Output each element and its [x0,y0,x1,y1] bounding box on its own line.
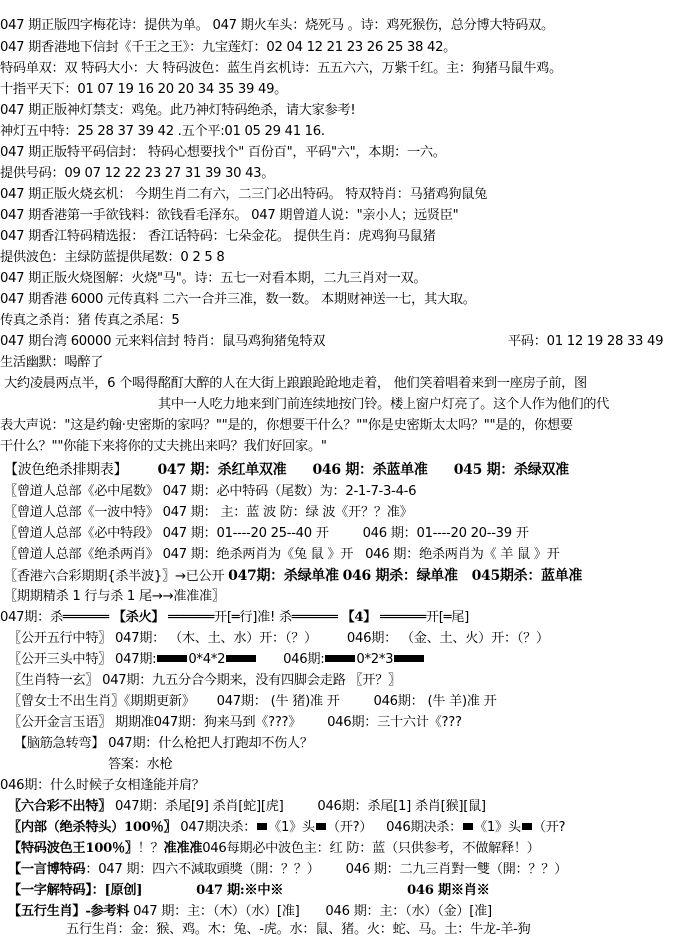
zeng-weishu-row: 〖曾道人总部《必中尾数》 047 期：必中特码（尾数）为：2-1-7-3-4-6 [4,484,416,500]
zeng-liangxiao-row: 〖曾道人总部《绝杀两肖》 047 期：绝杀两肖为《兔 鼠 》开 046 期：绝杀… [4,547,560,563]
neibu-row: 〖内部（绝杀特头）100％〗 047期决杀：《1》头（开?） 046期决杀：《1… [8,820,565,836]
block-bar [463,823,473,832]
text-line: 047 期正版特平码信封： 特码心想要找个" 百份百"，平码"六"，本期：一六。 [0,145,446,161]
neibu-label: 〖内部（绝杀特头）100％〗 [8,820,176,835]
hk-banbo-row: 〖香港六合彩期期{杀半波}〗→已公开 047期：杀绿单准 046 期杀：绿单准 … [4,568,582,585]
block-bar [226,655,256,664]
jinyan-046: 046期：三十六计《??? [327,715,462,730]
yizi-046: 046 期※肖※ [407,883,489,898]
zeng-liangxiao-label: 〖曾道人总部《绝杀两肖》 [4,547,159,562]
zeng-weishu-text: 047 期：必中特码（尾数）为：2-1-7-3-4-6 [163,484,417,499]
wuxing-zhongte-047: 047期： （木、土、水）开：（？） [115,631,317,646]
neibu-047-suffix: （开?） [327,820,372,835]
zeng-yibo-text: 047 期： 主：蓝 波 防：绿 波《开？？准》 [163,505,413,520]
yizi-row: 【一字解特码】：[原创] 047 期:※中※ 046 期※肖※ [8,883,490,899]
text-line: 其中一人吃力地来到门前连续地按门铃。楼上窗户灯亮了。这个人作为他们的代 [158,397,609,413]
santou-047-value: 0*4*2 [188,652,225,667]
zeng-teduan-label: 〖曾道人总部《必中特段》 [4,526,159,541]
neibu-046-suffix: （开? [533,820,565,835]
jingsha-label: 〖期期精杀 1 行与杀 1 尾→→准准准〗 [4,589,225,604]
neibu-046-prefix: 046期决杀： [386,820,462,835]
text-line: 047 期正版火烧玄机： 今期生肖二有六，二三门必出特码。 特双特肖：马猪鸡狗鼠… [0,187,487,203]
sha-prefix: 047期：杀══════ [0,610,109,625]
text-line: 提供号码：09 07 12 22 23 27 31 39 30 43。 [0,166,274,182]
text-line: 十指平天下：01 07 19 16 20 20 34 35 39 49。 [0,82,287,98]
wuxing-zhongte-row: 〖公开五行中特〗 047期： （木、土、水）开：（？） 046期： （金、土、火… [8,631,549,647]
sha-suffix: ══════开[═尾] [380,610,469,625]
bose-wang-row: 【特码波色王100％〗！？准准准046每期必中波色主：红 防：蓝（只供参考，不做… [8,841,540,857]
bose-wang-label: 【特码波色王100％〗 [8,841,138,856]
jingsha-row: 〖期期精杀 1 行与杀 1 尾→→准准准〗 [4,589,225,605]
wuxing-shengxiao-legend: 五行生肖：金：猴、鸡。木：兔、-虎。水：鼠、猪。火：蛇、马。土：牛龙-羊-狗 [66,922,530,938]
buchute-row: 〖六合彩不出特〗 047期：杀尾[9] 杀肖[蛇][虎] 046期：杀尾[1] … [8,799,486,815]
santou-label: 〖公开三头中特〗 [8,652,111,667]
block-bar [325,655,355,664]
yiyan-046: 046 期：二九三肖對一雙（開：？？） [346,862,567,877]
wuxing-shengxiao-tag: -参考料 [85,904,129,919]
sha-mid: ══════开[═行]准! 杀══════ [168,610,337,625]
wuxing-shengxiao-row: 【五行生肖】-参考料 047 期：主：（木）（水）[准] 046 期：主：（水）… [8,904,492,920]
santou-row: 〖公开三头中特〗 047期:0*4*2 046期:0*2*3 [8,652,425,668]
text-line: 平码：01 12 19 28 33 49 [508,334,663,350]
buchute-047: 047期：杀尾[9] 杀肖[蛇][虎] [115,799,283,814]
neibu-047-prefix: 047期决杀： [180,820,256,835]
wuxing-zhongte-046: 046期： （金、土、火）开：（？） [347,631,549,646]
bose-045: 045 期：杀绿双准 [454,462,569,478]
sha-row: 047期：杀══════ 【杀火】 ══════开[═行]准! 杀══════ … [0,610,469,626]
text-line: 大约凌晨两点半，6 个喝得酩酊大醉的人在大街上踉踉跄跄地走着， 他们笑着唱着来到… [4,376,587,392]
yiyan-row: 【一言博特码：047 期：四六不減取頭獎（開：？？） 046 期：二九三肖對一雙… [8,862,567,878]
jinyan-047: 期期准047期：狗来马到《???》 [115,715,301,730]
shengxiao-yixuan-row: 〖生肖特一玄〗 047期：九五分合今期来，没有四脚会走路 〖开？〗 [8,673,401,689]
zeng-nvshi-row: 〖曾女士不出生肖〗《期期更新》 047期： (牛 猪)准 开 046期： (牛 … [8,694,496,710]
neibu-046-mid: 《1》头 [474,820,521,835]
zeng-weishu-label: 〖曾道人总部《必中尾数》 [4,484,159,499]
bose-wang-text: 046每期必中波色主：红 防：蓝（只供参考，不做解释！） [202,841,539,856]
zeng-nvshi-047: 047期： (牛 猪)准 开 [217,694,340,709]
text-line: 047 期香港第一手欲钱料：欲钱看毛泽东。 047 期曾道人说："亲小人；远贤臣… [0,208,458,224]
yiyan-047: ：047 期：四六不減取頭獎（開：？？） [85,862,319,877]
santou-046-prefix: 046期: [283,652,324,667]
yizi-047: 047 期:※中※ [196,883,283,898]
block-bar [257,823,267,832]
zeng-yibo-row: 〖曾道人总部《一波中特》 047 期： 主：蓝 波 防：绿 波《开？？准》 [4,505,413,521]
block-bar [394,655,424,664]
text-line: 047 期香江特码精选报： 香江话特码：七朵金花。 提供生肖：虎鸡狗马鼠猪 [0,229,435,245]
text-line: 干什么？""你能下来将你的丈夫挑出来吗？我们好回家。" [0,439,327,455]
bose-047: 047 期：杀红单双准 [157,462,286,478]
zeng-teduan-046: 046 期：01----20 20--39 开 [363,526,529,541]
text-line: 表大声说："这是约翰·史密斯的家吗？""是的，你想要干什么？""你是史密斯太太吗… [0,418,573,434]
text-line: 047 期台湾 60000 元来料信封 特肖：鼠马鸡狗猪兔特双 [0,334,325,350]
naojin-q046: 046期：什么时候子女相逢能并肩？ [0,778,205,794]
jinyan-label: 〖公开金言玉语〗 [8,715,111,730]
zeng-nvshi-label: 〖曾女士不出生肖〗《期期更新》 [8,694,195,709]
wuxing-shengxiao-label: 【五行生肖】 [8,904,85,919]
hk-banbo-label: 〖香港六合彩期期{杀半波}〗→已公开 [4,569,224,584]
text-line: 神灯五中特：25 28 37 39 42 .五个平:01 05 29 41 16… [0,124,325,140]
bose-table-row: 【波色绝杀排期表】 047 期：杀红单双准 046 期：杀蓝单准 045 期：杀… [4,462,569,478]
text-line: 047 期香港 6000 元传真料 二六一合并三准，数一数。 本期财神送一七，其… [0,292,476,308]
santou-047-prefix: 047期: [115,652,156,667]
yizi-tag: ：[原创] [92,883,143,898]
block-bar [316,823,326,832]
sha-tag-4: 【4】 [342,610,377,625]
zeng-liangxiao-046: 046 期：绝杀两肖为《 羊 鼠 》开 [365,547,560,562]
zeng-nvshi-046: 046期： (牛 羊)准 开 [374,694,497,709]
bose-wang-mark: ！？ [138,841,164,856]
zeng-teduan-row: 〖曾道人总部《必中特段》 047 期：01----20 25--40 开 046… [4,526,529,542]
shengxiao-yixuan-text: 047期：九五分合今期来，没有四脚会走路 〖开？〗 [102,673,401,688]
santou-046-value: 0*2*3 [356,652,393,667]
text-line: 提供波色：主绿防蓝提供尾数：0 2 5 8 [0,250,224,266]
yiyan-label: 【一言博特码 [8,862,85,877]
text-line: 生活幽默：喝醉了 [0,355,103,371]
text-line: 047 期正版火烧图解：火烧"马"。诗：五七一对看本期，二九三肖对一双。 [0,271,426,287]
wuxing-zhongte-label: 〖公开五行中特〗 [8,631,111,646]
block-bar [522,823,532,832]
hk-banbo-046: 046 期杀：绿单准 [343,568,458,584]
naojin-row: 【脑筋急转弯】 047期：什么枪把人打跑却不伤人？ [14,736,313,752]
neibu-047-mid: 《1》头 [268,820,315,835]
zeng-yibo-label: 〖曾道人总部《一波中特》 [4,505,159,520]
text-line: 047 期正版四字梅花诗：提供为单。 047 期火车头：烧死马 。诗：鸡死猴伤，… [0,18,554,34]
sha-tag-fire: 【杀火】 [113,610,165,625]
block-bar [157,655,187,664]
shengxiao-yixuan-label: 〖生肖特一玄〗 [8,673,98,688]
zeng-teduan-047: 047 期：01----20 25--40 开 [163,526,329,541]
yizi-label: 【一字解特码】 [8,883,92,898]
bose-wang-zhun: 准准准 [164,841,203,856]
text-line: 047 期香港地下信封《千王之王》：九宝莲灯：02 04 12 21 23 26… [0,40,456,56]
text-line: 传真之杀肖：猪 传真之杀尾：5 [0,313,180,329]
buchute-046: 046期：杀尾[1] 杀肖[猴][鼠] [317,799,485,814]
buchute-label: 〖六合彩不出特〗 [8,799,111,814]
text-line: 特码单双：双 特码大小：大 特码波色：蓝生肖玄机诗：五五六六，万紫千红。主：狗猪… [0,61,562,77]
text-line: 047 期正版神灯禁支：鸡兔。此乃神灯特码绝杀，请大家参考! [0,103,355,119]
wuxing-shengxiao-047: 047 期：主：（木）（水）[准] [133,904,299,919]
wuxing-shengxiao-046: 046 期：主：（水）（金）[准] [325,904,491,919]
naojin-answer: 答案：水枪 [108,757,172,773]
naojin-question: 047期：什么枪把人打跑却不伤人？ [108,736,313,751]
zeng-liangxiao-047: 047 期：绝杀两肖为《兔 鼠 》开 [163,547,354,562]
naojin-label: 【脑筋急转弯】 [14,736,104,751]
bose-046: 046 期：杀蓝单准 [312,462,427,478]
bose-table-label: 【波色绝杀排期表】 [4,462,127,478]
hk-banbo-047: 047期：杀绿单准 [228,568,339,584]
hk-banbo-045: 045期杀：蓝单准 [472,568,583,584]
jinyan-row: 〖公开金言玉语〗 期期准047期：狗来马到《???》 046期：三十六计《??? [8,715,462,731]
